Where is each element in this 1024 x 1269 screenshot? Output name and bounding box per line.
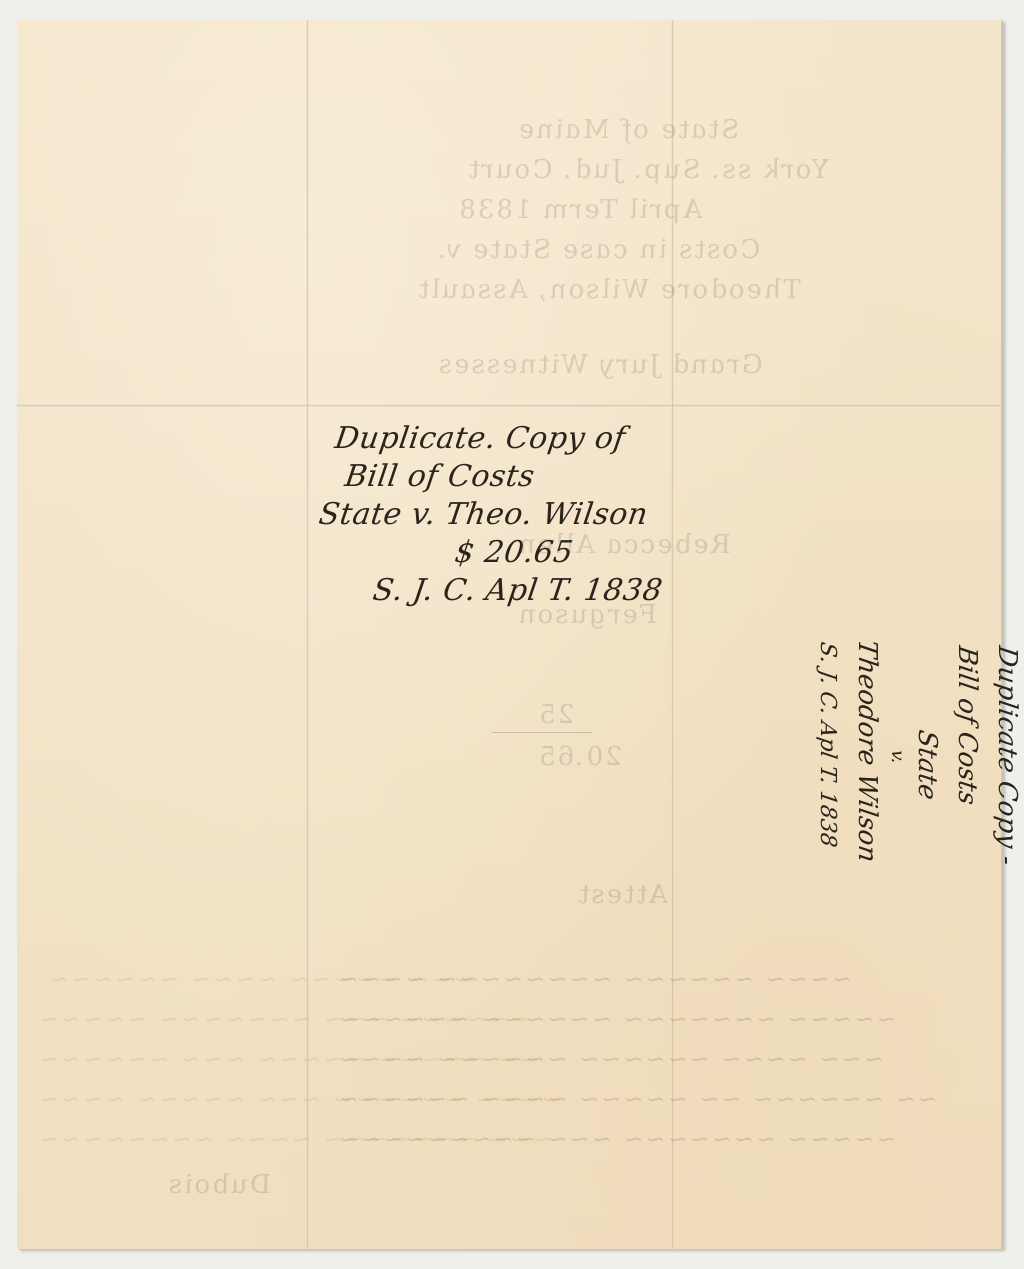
bleed-through-text: York ss. Sup. Jud. Court bbox=[464, 155, 832, 185]
bleed-through-scribble: ~~~~~ ~~~~~~~ ~~~ ~~~~~~~~~ bbox=[334, 1125, 899, 1153]
rotated-docket-court-term: S. J. C. Apl T. 1838 bbox=[807, 637, 847, 963]
bleed-through-scribble: ~~~ ~~~~ ~~~~~~ ~~~~~~ ~~~~ bbox=[334, 1045, 887, 1073]
docket-inscription: Duplicate. Copy of Bill of Costs State v… bbox=[315, 420, 685, 610]
docket-court-term: S. J. C. Apl T. 1838 bbox=[312, 572, 687, 610]
horizontal-fold-line bbox=[17, 404, 1001, 407]
docket-amount: $ 20.65 bbox=[312, 534, 687, 572]
rotated-docket-defendant: Theodore Wilson bbox=[847, 637, 887, 963]
bleed-through-text: Grand Jury Witnesses bbox=[434, 350, 766, 380]
bleed-through-text: Dubois bbox=[164, 1170, 274, 1200]
docket-subtitle: Bill of Costs bbox=[312, 458, 687, 496]
rotated-docket-inscription: Duplicate Copy - Bill of Costs State v. … bbox=[797, 640, 1024, 960]
docket-title: Duplicate. Copy of bbox=[312, 420, 687, 458]
bleed-through-scribble: ~~~~ ~~~~~~ ~~~~~~~~ ~~~~ bbox=[334, 965, 855, 993]
bleed-through-text: Theodore Wilson, Assault bbox=[414, 275, 804, 305]
bleed-through-text: Costs in case State v. bbox=[434, 235, 763, 265]
rotated-docket-plaintiff: State bbox=[907, 637, 947, 963]
rotated-docket-title: Duplicate Copy - bbox=[987, 637, 1024, 963]
bleed-through-rule bbox=[492, 732, 592, 733]
bleed-through-text: April Term 1838 bbox=[454, 195, 705, 225]
bleed-through-scribble: ~~ ~~~~~~ ~~ ~~~~~ ~~~~ ~~~~~~ bbox=[334, 1085, 941, 1113]
bleed-through-text: 25 bbox=[534, 700, 577, 730]
bleed-through-text: 20.65 bbox=[534, 742, 625, 772]
docket-case-name: State v. Theo. Wilson bbox=[312, 496, 687, 534]
document-page: State of Maine York ss. Sup. Jud. Court … bbox=[17, 20, 1001, 1249]
bleed-through-text: Attest bbox=[574, 880, 671, 910]
rotated-docket-versus: v. bbox=[887, 639, 907, 962]
bleed-through-text: State of Maine bbox=[514, 115, 742, 145]
bleed-through-scribble: ~~~~~ ~~~~~~~ ~~~~~~ ~~~~~~ bbox=[334, 1005, 899, 1033]
rotated-docket-subtitle: Bill of Costs bbox=[947, 637, 987, 963]
